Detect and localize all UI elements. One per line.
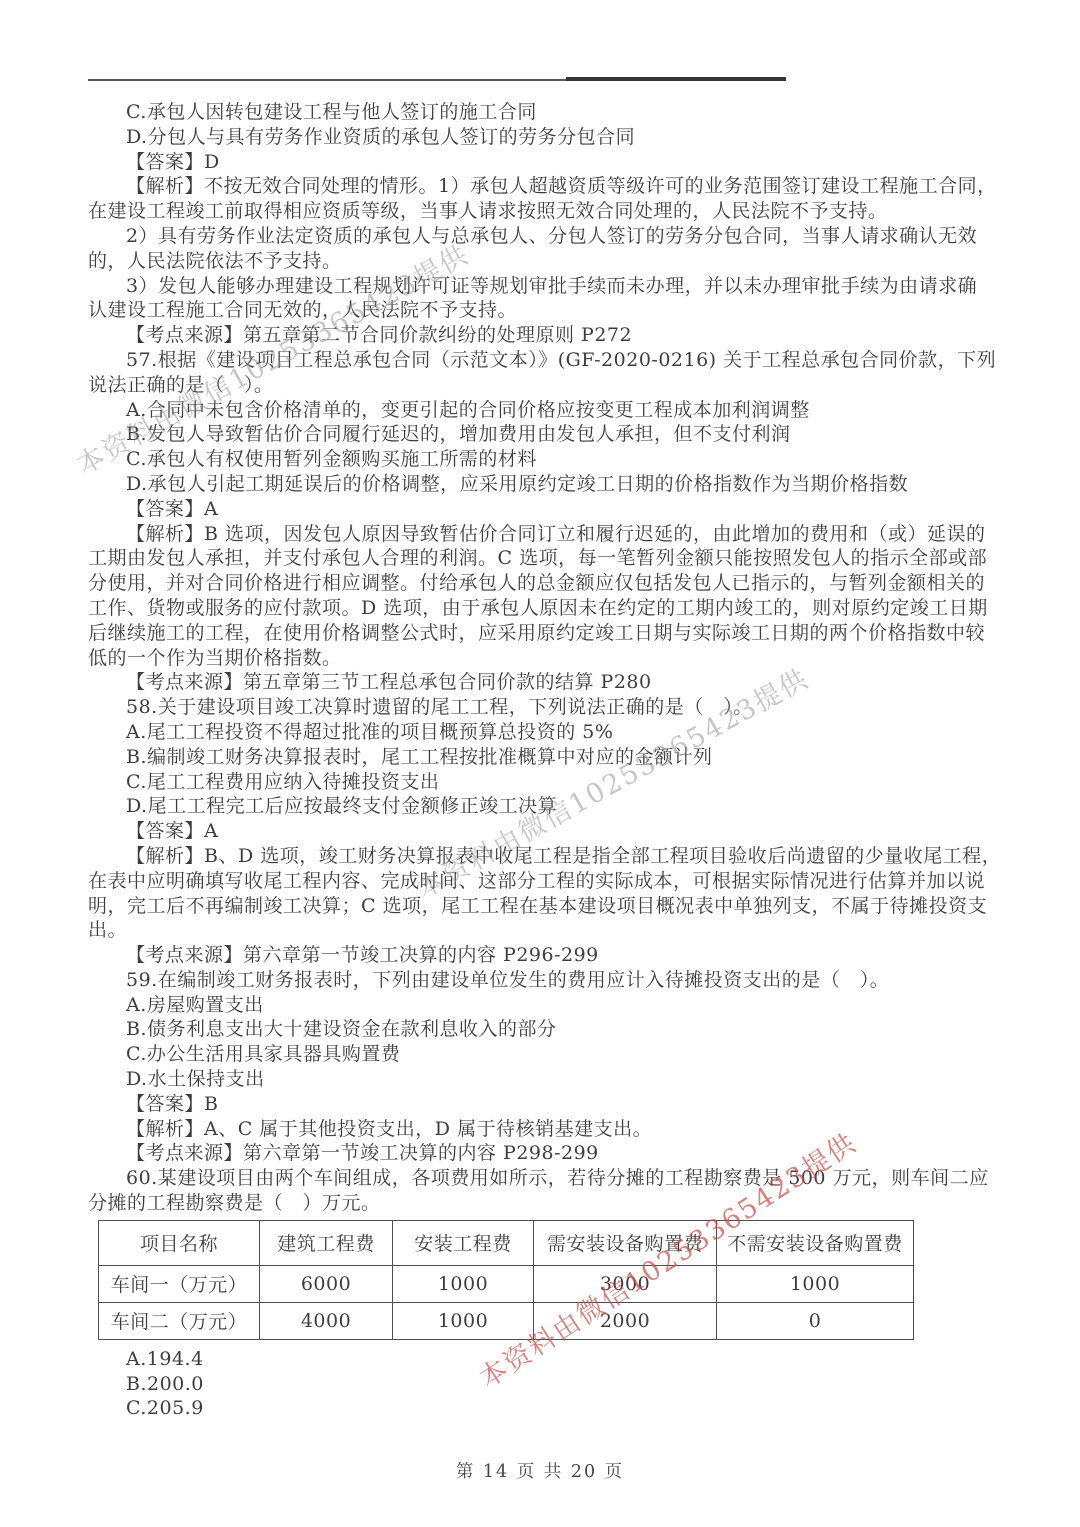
question-line: 60.某建设项目由两个车间组成，各项费用如所示，若待分摊的工程勘察费是 500 … (88, 1166, 998, 1191)
table-header-cell: 安装工程费 (393, 1220, 534, 1265)
analysis-line: 2）具有劳务作业法定资质的承包人与总承包人、分包人签订的劳务分包合同，当事人请求… (88, 224, 998, 249)
option-line: D.承包人引起工期延误后的价格调整，应采用原约定竣工日期的价格指数作为当期价格指… (88, 472, 998, 497)
table-cell: 2000 (534, 1302, 717, 1339)
source-line: 【考点来源】第六章第一节竣工决算的内容 P298-299 (88, 1141, 998, 1166)
header-rule-bold-segment (566, 77, 786, 81)
option-line: B.200.0 (88, 1372, 998, 1397)
question-line: 59.在编制竣工财务报表时，下列由建设单位发生的费用应计入待摊投资支出的是（ ）… (88, 968, 998, 993)
table-cell: 1000 (717, 1265, 914, 1302)
analysis-line: 【解析】B 选项，因发包人原因导致暂估价合同订立和履行迟延的，由此增加的费用和（… (88, 522, 998, 547)
analysis-line: 明，完工后不再编制竣工决算；C 选项，尾工工程在基本建设项目概况表中单独列支，不… (88, 894, 998, 919)
table-cell: 3000 (534, 1265, 717, 1302)
option-line: A.尾工工程投资不得超过批准的项目概预算总投资的 5% (88, 720, 998, 745)
page-number: 第 14 页 共 20 页 (0, 1458, 1080, 1483)
table-cell: 6000 (260, 1265, 393, 1302)
table-header-cell: 不需安装设备购置费 (717, 1220, 914, 1265)
document-page: 本资料由微信10253365423提供 本资料由微信10253365423提供 … (0, 0, 1080, 1527)
table-header-cell: 需安装设备购置费 (534, 1220, 717, 1265)
option-line: D.水土保持支出 (88, 1067, 998, 1092)
option-line: A.194.4 (88, 1347, 998, 1372)
question-line: 58.关于建设项目竣工决算时遗留的尾工工程，下列说法正确的是（ ）。 (88, 695, 998, 720)
option-line: B.编制竣工财务决算报表时，尾工工程按批准概算中对应的金额计列 (88, 745, 998, 770)
analysis-line: 【解析】B、D 选项，竣工财务决算报表中收尾工程是指全部工程项目验收后尚遗留的少… (88, 844, 998, 869)
question-line: 分摊的工程勘察费是（ ）万元。 (88, 1191, 998, 1216)
analysis-line: 【解析】不按无效合同处理的情形。1）承包人超越资质等级许可的业务范围签订建设工程… (88, 174, 998, 199)
analysis-line: 后继续施工的工程，在使用价格调整公式时，应采用原约定竣工日期与实际竣工日期的两个… (88, 621, 998, 646)
question-line: 57.根据《建设项目工程总承包合同（示范文本）》(GF-2020-0216) 关… (88, 348, 998, 373)
analysis-line: 【解析】A、C 属于其他投资支出，D 属于待核销基建支出。 (88, 1117, 998, 1142)
analysis-line: 低的一个作为当期价格指数。 (88, 646, 998, 671)
table-header-cell: 项目名称 (99, 1220, 260, 1265)
option-line: B.债务利息支出大十建设资金在款利息收入的部分 (88, 1017, 998, 1042)
option-line: D.分包人与具有劳务作业资质的承包人签订的劳务分包合同 (88, 125, 998, 150)
source-line: 【考点来源】第五章第二节合同价款纠纷的处理原则 P272 (88, 323, 998, 348)
table-cell: 1000 (393, 1302, 534, 1339)
table-row: 车间一（万元） 6000 1000 3000 1000 (99, 1265, 914, 1302)
source-line: 【考点来源】第五章第三节工程总承包合同价款的结算 P280 (88, 670, 998, 695)
option-line: C.205.9 (88, 1396, 998, 1421)
table-header-row: 项目名称 建筑工程费 安装工程费 需安装设备购置费 不需安装设备购置费 (99, 1220, 914, 1265)
table-cell: 1000 (393, 1265, 534, 1302)
question-line: 说法正确的是（ ）。 (88, 373, 998, 398)
answer-line: 【答案】D (88, 150, 998, 175)
cost-table: 项目名称 建筑工程费 安装工程费 需安装设备购置费 不需安装设备购置费 车间一（… (98, 1220, 914, 1340)
analysis-line: 工作、货物或服务的应付款项。D 选项，由于承包人原因未在约定的工期内竣工的，则对… (88, 596, 998, 621)
option-line: A.合同中未包含价格清单的，变更引起的合同价格应按变更工程成本加利润调整 (88, 398, 998, 423)
option-line: A.房屋购置支出 (88, 993, 998, 1018)
table-cell: 4000 (260, 1302, 393, 1339)
analysis-line: 认建设工程施工合同无效的，人民法院不予支持。 (88, 298, 998, 323)
analysis-line: 出。 (88, 918, 998, 943)
table-header-cell: 建筑工程费 (260, 1220, 393, 1265)
answer-line: 【答案】A (88, 497, 998, 522)
source-line: 【考点来源】第六章第一节竣工决算的内容 P296-299 (88, 943, 998, 968)
answer-line: 【答案】A (88, 819, 998, 844)
table-row: 车间二（万元） 4000 1000 2000 0 (99, 1302, 914, 1339)
option-line: C.办公生活用具家具器具购置费 (88, 1042, 998, 1067)
analysis-line: 在表中应明确填写收尾工程内容、完成时间、这部分工程的实际成本，可根据实际情况进行… (88, 869, 998, 894)
analysis-line: 在建设工程竣工前取得相应资质等级，当事人请求按照无效合同处理的，人民法院不予支持… (88, 199, 998, 224)
option-line: B.发包人导致暂估价合同履行延迟的，增加费用由发包人承担，但不支付利润 (88, 422, 998, 447)
analysis-line: 的，人民法院依法不予支持。 (88, 249, 998, 274)
table-cell: 车间一（万元） (99, 1265, 260, 1302)
document-body: C.承包人因转包建设工程与他人签订的施工合同 D.分包人与具有劳务作业资质的承包… (88, 100, 998, 1421)
analysis-line: 工期由发包人承担，并支付承包人合理的利润。C 选项，每一笔暂列金额只能按照发包人… (88, 546, 998, 571)
table-cell: 车间二（万元） (99, 1302, 260, 1339)
analysis-line: 3）发包人能够办理建设工程规划许可证等规划审批手续而未办理，并以未办理审批手续为… (88, 274, 998, 299)
analysis-line: 分使用，并对合同价格进行相应调整。付给承包人的总金额应仅包括发包人已指示的，与暂… (88, 571, 998, 596)
answer-line: 【答案】B (88, 1092, 998, 1117)
option-line: C.承包人有权使用暂列金额购买施工所需的材料 (88, 447, 998, 472)
option-line: C.承包人因转包建设工程与他人签订的施工合同 (88, 100, 998, 125)
option-line: D.尾工工程完工后应按最终支付金额修正竣工决算 (88, 794, 998, 819)
table-cell: 0 (717, 1302, 914, 1339)
option-line: C.尾工工程费用应纳入待摊投资支出 (88, 770, 998, 795)
